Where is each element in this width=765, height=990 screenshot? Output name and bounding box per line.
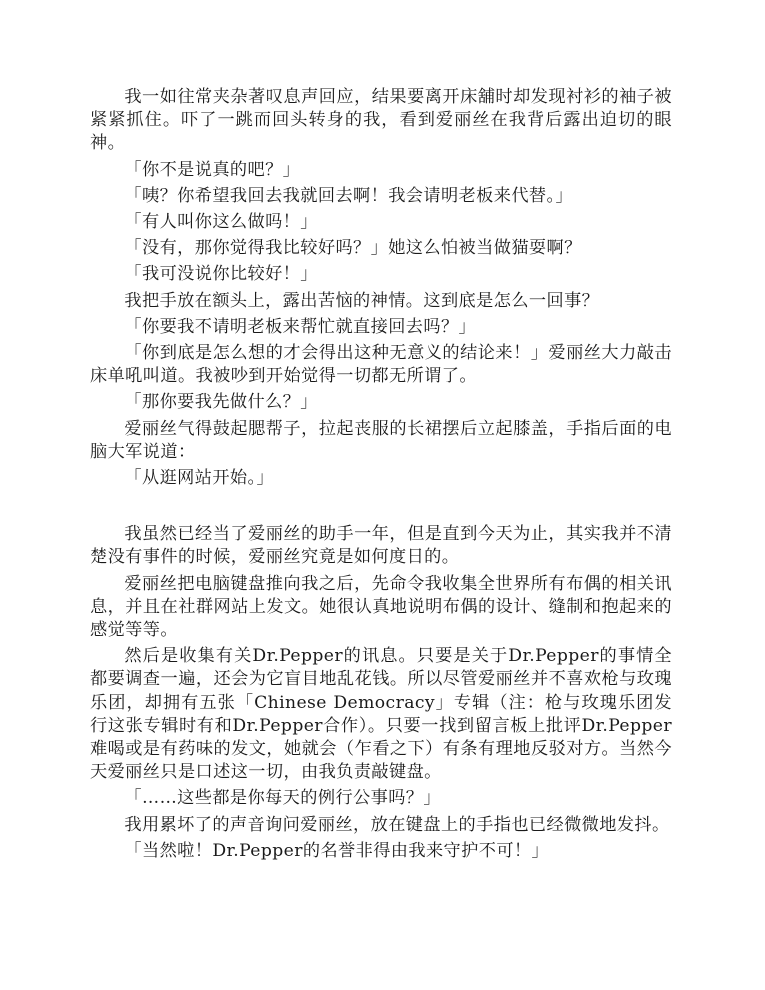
dialog-line: 「我可没说你比较好！」	[90, 263, 672, 286]
dialog-line: 「咦？你希望我回去我就回去啊！我会请明老板来代替。」	[90, 185, 672, 208]
paragraph: 我虽然已经当了爱丽丝的助手一年，但是直到今天为止，其实我并不清楚没有事件的时候，…	[90, 523, 672, 569]
paragraph: 爱丽丝气得鼓起腮帮子，拉起丧服的长裙摆后立起膝盖，手指后面的电脑大军说道：	[90, 418, 672, 464]
dialog-line: 「有人叫你这么做吗！」	[90, 211, 672, 234]
dialog-line: 「你到底是怎么想的才会得出这种无意义的结论来！」爱丽丝大力敲击床单吼叫道。我被吵…	[90, 342, 672, 388]
section-1: 我一如往常夹杂著叹息声回应，结果要离开床舖时却发现衬衫的袖子被紧紧抓住。吓了一跳…	[90, 86, 672, 490]
dialog-line: 「你要我不请明老板来帮忙就直接回去吗？」	[90, 316, 672, 339]
paragraph: 我把手放在额头上，露出苦恼的神情。这到底是怎么一回事？	[90, 290, 672, 313]
section-break	[90, 493, 672, 523]
paragraph: 我用累坏了的声音询问爱丽丝，放在键盘上的手指也已经微微地发抖。	[90, 814, 672, 837]
dialog-line: 「当然啦！Dr.Pepper的名誉非得由我来守护不可！」	[90, 840, 672, 863]
paragraph: 我一如往常夹杂著叹息声回应，结果要离开床舖时却发现衬衫的袖子被紧紧抓住。吓了一跳…	[90, 86, 672, 156]
dialog-line: 「从逛网站开始。」	[90, 467, 672, 490]
section-2: 我虽然已经当了爱丽丝的助手一年，但是直到今天为止，其实我并不清楚没有事件的时候，…	[90, 523, 672, 863]
dialog-line: 「没有，那你觉得我比较好吗？」她这么怕被当做猫耍啊？	[90, 237, 672, 260]
dialog-line: 「……这些都是你每天的例行公事吗？」	[90, 787, 672, 810]
dialog-line: 「你不是说真的吧？」	[90, 159, 672, 182]
paragraph: 然后是收集有关Dr.Pepper的讯息。只要是关于Dr.Pepper的事情全都要…	[90, 645, 672, 784]
document-page: 我一如往常夹杂著叹息声回应，结果要离开床舖时却发现衬衫的袖子被紧紧抓住。吓了一跳…	[90, 86, 672, 866]
paragraph: 爱丽丝把电脑键盘推向我之后，先命令我收集全世界所有布偶的相关讯息，并且在社群网站…	[90, 573, 672, 643]
dialog-line: 「那你要我先做什么？」	[90, 391, 672, 414]
